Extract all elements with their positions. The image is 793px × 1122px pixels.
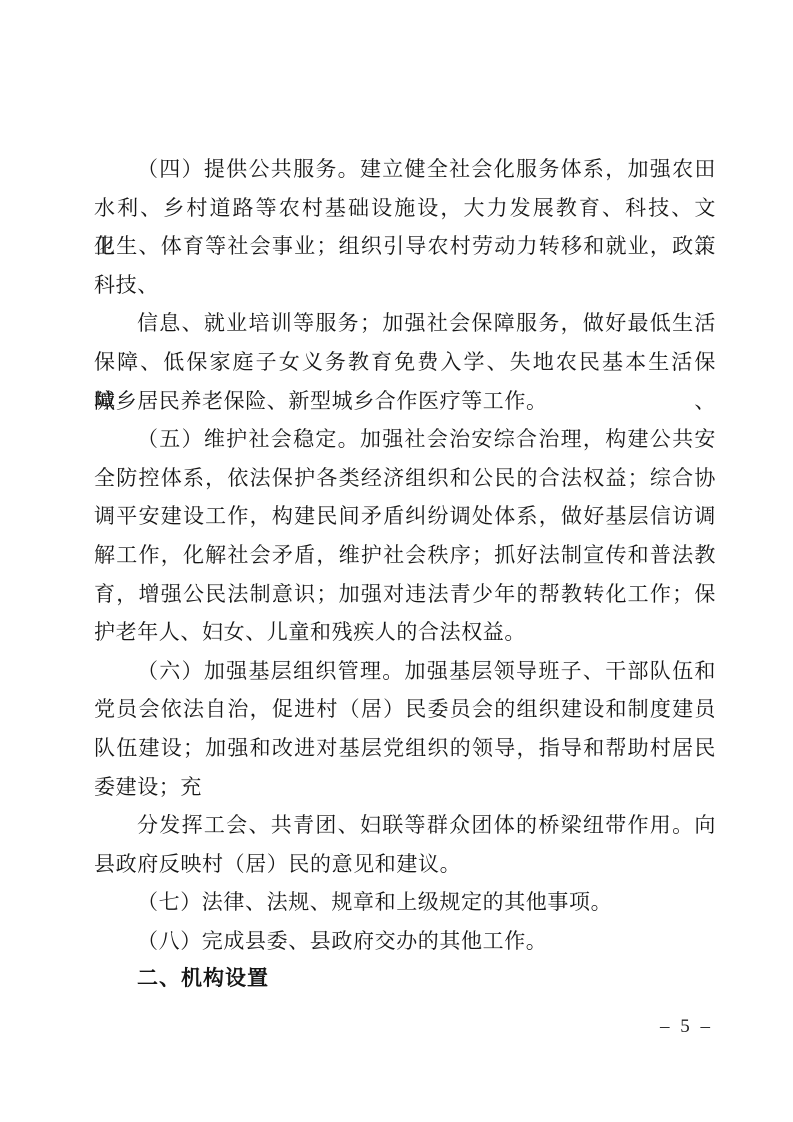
document-body: （四）提供公共服务。建立健全社会化服务体系，加强农田 水利、乡村道路等农村基础设…: [94, 150, 716, 999]
text-line: 护老年人、妇女、儿童和残疾人的合法权益。: [94, 613, 716, 652]
page-number: – 5 –: [660, 1016, 713, 1038]
text-line: 信息、就业培训等服务；加强社会保障服务，做好最低生活: [94, 304, 716, 343]
text-line: （四）提供公共服务。建立健全社会化服务体系，加强农田: [94, 150, 716, 189]
text-line: 党员会依法自治，促进村（居）民委员会的组织建设和制度建员: [94, 690, 716, 729]
text-line: 保障、低保家庭子女义务教育免费入学、失地农民基本生活保障、: [94, 343, 716, 382]
text-line: 分发挥工会、共青团、妇联等群众团体的桥梁纽带作用。向: [94, 806, 716, 845]
text-line: 队伍建设；加强和改进对基层党组织的领导，指导和帮助村居民: [94, 729, 716, 768]
text-line: 全防控体系，依法保护各类经济组织和公民的合法权益；综合协: [94, 459, 716, 498]
text-line: 解工作，化解社会矛盾，维护社会秩序；抓好法制宣传和普法教: [94, 536, 716, 575]
text-line: 卫生、体育等社会事业；组织引导农村劳动力转移和就业，政策: [94, 227, 716, 266]
text-line: （六）加强基层组织管理。加强基层领导班子、干部队伍和: [94, 652, 716, 691]
document-page: （四）提供公共服务。建立健全社会化服务体系，加强农田 水利、乡村道路等农村基础设…: [0, 0, 793, 1122]
text-line: （七）法律、法规、规章和上级规定的其他事项。: [94, 883, 716, 922]
text-line: 调平安建设工作，构建民间矛盾纠纷调处体系，做好基层信访调: [94, 497, 716, 536]
text-line: 育，增强公民法制意识；加强对违法青少年的帮教转化工作；保: [94, 575, 716, 614]
text-line: 委建设；充: [94, 768, 716, 807]
text-line: 县政府反映村（居）民的意见和建议。: [94, 845, 716, 884]
text-line: （五）维护社会稳定。加强社会治安综合治理，构建公共安: [94, 420, 716, 459]
section-heading: 二、机构设置: [94, 960, 716, 999]
text-line: 水利、乡村道路等农村基础设施设，大力发展教育、科技、文化、: [94, 189, 716, 228]
text-line: 科技、: [94, 266, 716, 305]
text-line: （八）完成县委、县政府交办的其他工作。: [94, 922, 716, 961]
